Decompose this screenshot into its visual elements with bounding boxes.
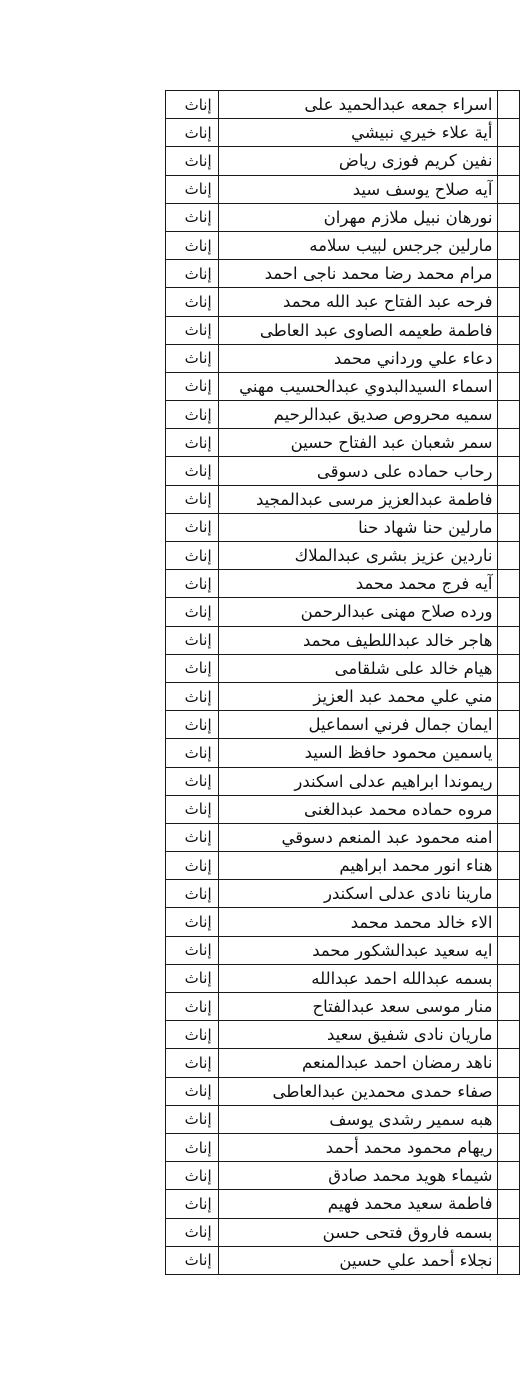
name-cell: نورهان نبيل ملازم مهران [218, 203, 497, 231]
table-row: إناثمني علي محمد عبد العزيز [166, 682, 520, 710]
gender-cell: إناث [166, 1077, 219, 1105]
table-row: إناثنفين كريم فوزى رياض [166, 147, 520, 175]
gender-cell: إناث [166, 429, 219, 457]
cropped-cell [497, 457, 520, 485]
cropped-cell [497, 795, 520, 823]
name-cell: مني علي محمد عبد العزيز [218, 682, 497, 710]
name-cell: امنه محمود عبد المنعم دسوقي [218, 823, 497, 851]
gender-cell: إناث [166, 1218, 219, 1246]
cropped-cell [497, 908, 520, 936]
name-cell: الاء خالد محمد محمد [218, 908, 497, 936]
cropped-cell [497, 288, 520, 316]
gender-cell: إناث [166, 682, 219, 710]
table-row: إناثبسمه فاروق فتحى حسن [166, 1218, 520, 1246]
name-cell: مارينا نادى عدلى اسكندر [218, 880, 497, 908]
table-row: إناثرحاب حماده على دسوقى [166, 457, 520, 485]
name-cell: ياسمين محمود حافظ السيد [218, 739, 497, 767]
cropped-cell [497, 344, 520, 372]
cropped-cell [497, 1105, 520, 1133]
cropped-cell [497, 401, 520, 429]
cropped-cell [497, 964, 520, 992]
cropped-cell [497, 739, 520, 767]
gender-cell: إناث [166, 598, 219, 626]
name-cell: منار موسى سعد عبدالفتاح [218, 993, 497, 1021]
names-table-body: إناثاسراء جمعه عبدالحميد علىإناثأية علاء… [166, 91, 520, 1275]
name-cell: ماريان نادى شفيق سعيد [218, 1021, 497, 1049]
gender-cell: إناث [166, 1021, 219, 1049]
cropped-cell [497, 316, 520, 344]
cropped-cell [497, 654, 520, 682]
name-cell: نجلاء أحمد علي حسين [218, 1246, 497, 1274]
table-row: إناثأية علاء خيري نبيشي [166, 119, 520, 147]
gender-cell: إناث [166, 823, 219, 851]
name-cell: بسمه عبدالله احمد عبدالله [218, 964, 497, 992]
name-cell: ورده صلاح مهنى عبدالرحمن [218, 598, 497, 626]
name-cell: هناء انور محمد ابراهيم [218, 852, 497, 880]
cropped-cell [497, 429, 520, 457]
cropped-cell [497, 203, 520, 231]
cropped-cell [497, 993, 520, 1021]
gender-cell: إناث [166, 852, 219, 880]
table-row: إناثهيام خالد على شلقامى [166, 654, 520, 682]
gender-cell: إناث [166, 175, 219, 203]
gender-cell: إناث [166, 231, 219, 259]
table-row: إناثآيه فرج محمد محمد [166, 570, 520, 598]
gender-cell: إناث [166, 739, 219, 767]
cropped-cell [497, 1021, 520, 1049]
table-row: إناثسميه محروص صديق عبدالرحيم [166, 401, 520, 429]
cropped-cell [497, 936, 520, 964]
cropped-cell [497, 570, 520, 598]
name-cell: أية علاء خيري نبيشي [218, 119, 497, 147]
table-row: إناثمنار موسى سعد عبدالفتاح [166, 993, 520, 1021]
cropped-cell [497, 119, 520, 147]
table-row: إناثهبه سمير رشدى يوسف [166, 1105, 520, 1133]
cropped-cell [497, 542, 520, 570]
cropped-cell [497, 823, 520, 851]
cropped-cell [497, 175, 520, 203]
name-cell: اسراء جمعه عبدالحميد على [218, 91, 497, 119]
table-row: إناثمروه حماده محمد عبدالغنى [166, 795, 520, 823]
cropped-cell [497, 626, 520, 654]
gender-cell: إناث [166, 654, 219, 682]
table-row: إناثفاطمة سعيد محمد فهيم [166, 1190, 520, 1218]
table-row: إناثامنه محمود عبد المنعم دسوقي [166, 823, 520, 851]
name-cell: ايه سعيد عبدالشكور محمد [218, 936, 497, 964]
name-cell: هيام خالد على شلقامى [218, 654, 497, 682]
gender-cell: إناث [166, 203, 219, 231]
name-cell: فاطمة طعيمه الصاوى عبد العاطى [218, 316, 497, 344]
table-row: إناثشيماء هويد محمد صادق [166, 1162, 520, 1190]
gender-cell: إناث [166, 316, 219, 344]
cropped-cell [497, 231, 520, 259]
name-cell: سمر شعبان عبد الفتاح حسين [218, 429, 497, 457]
table-row: إناثهناء انور محمد ابراهيم [166, 852, 520, 880]
cropped-cell [497, 485, 520, 513]
table-row: إناثمرام محمد رضا محمد ناجى احمد [166, 260, 520, 288]
gender-cell: إناث [166, 993, 219, 1021]
name-cell: شيماء هويد محمد صادق [218, 1162, 497, 1190]
name-cell: ريهام محمود محمد أحمد [218, 1133, 497, 1161]
name-cell: آيه صلاح يوسف سيد [218, 175, 497, 203]
table-row: إناثريهام محمود محمد أحمد [166, 1133, 520, 1161]
name-cell: ناهد رمضان احمد عبدالمنعم [218, 1049, 497, 1077]
gender-cell: إناث [166, 485, 219, 513]
table-row: إناثمارينا نادى عدلى اسكندر [166, 880, 520, 908]
name-cell: ناردين عزيز بشرى عبدالملاك [218, 542, 497, 570]
table-row: إناثنورهان نبيل ملازم مهران [166, 203, 520, 231]
table-row: إناثاسماء السيدالبدوي عبدالحسيب مهني [166, 372, 520, 400]
cropped-cell [497, 598, 520, 626]
name-cell: ريموندا ابراهيم عدلى اسكندر [218, 767, 497, 795]
table-row: إناثفاطمة طعيمه الصاوى عبد العاطى [166, 316, 520, 344]
gender-cell: إناث [166, 936, 219, 964]
cropped-cell [497, 91, 520, 119]
table-row: إناثالاء خالد محمد محمد [166, 908, 520, 936]
document-page: إناثاسراء جمعه عبدالحميد علىإناثأية علاء… [0, 0, 520, 1400]
cropped-cell [497, 852, 520, 880]
table-row: إناثآيه صلاح يوسف سيد [166, 175, 520, 203]
name-cell: آيه فرج محمد محمد [218, 570, 497, 598]
name-cell: بسمه فاروق فتحى حسن [218, 1218, 497, 1246]
gender-cell: إناث [166, 1246, 219, 1274]
cropped-cell [497, 260, 520, 288]
gender-cell: إناث [166, 626, 219, 654]
name-cell: اسماء السيدالبدوي عبدالحسيب مهني [218, 372, 497, 400]
table-row: إناثفاطمة عبدالعزيز مرسى عبدالمجيد [166, 485, 520, 513]
name-cell: هاجر خالد عبداللطيف محمد [218, 626, 497, 654]
cropped-cell [497, 1162, 520, 1190]
cropped-cell [497, 1190, 520, 1218]
table-row: إناثصفاء حمدى محمدين عبدالعاطى [166, 1077, 520, 1105]
gender-cell: إناث [166, 1049, 219, 1077]
cropped-cell [497, 1077, 520, 1105]
name-cell: مرام محمد رضا محمد ناجى احمد [218, 260, 497, 288]
cropped-cell [497, 1133, 520, 1161]
gender-cell: إناث [166, 880, 219, 908]
table-row: إناثورده صلاح مهنى عبدالرحمن [166, 598, 520, 626]
name-cell: رحاب حماده على دسوقى [218, 457, 497, 485]
table-row: إناثاسراء جمعه عبدالحميد على [166, 91, 520, 119]
table-row: إناثريموندا ابراهيم عدلى اسكندر [166, 767, 520, 795]
gender-cell: إناث [166, 513, 219, 541]
gender-cell: إناث [166, 795, 219, 823]
table-row: إناثنجلاء أحمد علي حسين [166, 1246, 520, 1274]
cropped-cell [497, 880, 520, 908]
gender-cell: إناث [166, 1162, 219, 1190]
name-cell: فاطمة عبدالعزيز مرسى عبدالمجيد [218, 485, 497, 513]
name-cell: فرحه عبد الفتاح عبد الله محمد [218, 288, 497, 316]
table-row: إناثهاجر خالد عبداللطيف محمد [166, 626, 520, 654]
table-row: إناثمارلين حنا شهاد حنا [166, 513, 520, 541]
gender-cell: إناث [166, 964, 219, 992]
table-row: إناثمارلين جرجس لبيب سلامه [166, 231, 520, 259]
gender-cell: إناث [166, 344, 219, 372]
table-row: إناثفرحه عبد الفتاح عبد الله محمد [166, 288, 520, 316]
gender-cell: إناث [166, 91, 219, 119]
cropped-cell [497, 1049, 520, 1077]
gender-cell: إناث [166, 401, 219, 429]
table-row: إناثدعاء علي ورداني محمد [166, 344, 520, 372]
gender-cell: إناث [166, 908, 219, 936]
cropped-cell [497, 682, 520, 710]
cropped-cell [497, 767, 520, 795]
cropped-cell [497, 513, 520, 541]
names-table: إناثاسراء جمعه عبدالحميد علىإناثأية علاء… [165, 90, 520, 1275]
gender-cell: إناث [166, 767, 219, 795]
name-cell: دعاء علي ورداني محمد [218, 344, 497, 372]
gender-cell: إناث [166, 260, 219, 288]
name-cell: صفاء حمدى محمدين عبدالعاطى [218, 1077, 497, 1105]
name-cell: نفين كريم فوزى رياض [218, 147, 497, 175]
table-row: إناثناردين عزيز بشرى عبدالملاك [166, 542, 520, 570]
name-cell: مارلين حنا شهاد حنا [218, 513, 497, 541]
gender-cell: إناث [166, 711, 219, 739]
gender-cell: إناث [166, 119, 219, 147]
name-cell: ايمان جمال فرني اسماعيل [218, 711, 497, 739]
cropped-cell [497, 711, 520, 739]
gender-cell: إناث [166, 1133, 219, 1161]
gender-cell: إناث [166, 457, 219, 485]
table-row: إناثبسمه عبدالله احمد عبدالله [166, 964, 520, 992]
gender-cell: إناث [166, 372, 219, 400]
table-row: إناثماريان نادى شفيق سعيد [166, 1021, 520, 1049]
table-row: إناثناهد رمضان احمد عبدالمنعم [166, 1049, 520, 1077]
table-row: إناثايمان جمال فرني اسماعيل [166, 711, 520, 739]
gender-cell: إناث [166, 1190, 219, 1218]
table-row: إناثايه سعيد عبدالشكور محمد [166, 936, 520, 964]
name-cell: مروه حماده محمد عبدالغنى [218, 795, 497, 823]
gender-cell: إناث [166, 1105, 219, 1133]
name-cell: فاطمة سعيد محمد فهيم [218, 1190, 497, 1218]
cropped-cell [497, 1218, 520, 1246]
name-cell: هبه سمير رشدى يوسف [218, 1105, 497, 1133]
name-cell: مارلين جرجس لبيب سلامه [218, 231, 497, 259]
gender-cell: إناث [166, 147, 219, 175]
cropped-cell [497, 1246, 520, 1274]
cropped-cell [497, 147, 520, 175]
gender-cell: إناث [166, 570, 219, 598]
cropped-cell [497, 372, 520, 400]
gender-cell: إناث [166, 288, 219, 316]
name-cell: سميه محروص صديق عبدالرحيم [218, 401, 497, 429]
table-row: إناثياسمين محمود حافظ السيد [166, 739, 520, 767]
table-row: إناثسمر شعبان عبد الفتاح حسين [166, 429, 520, 457]
gender-cell: إناث [166, 542, 219, 570]
